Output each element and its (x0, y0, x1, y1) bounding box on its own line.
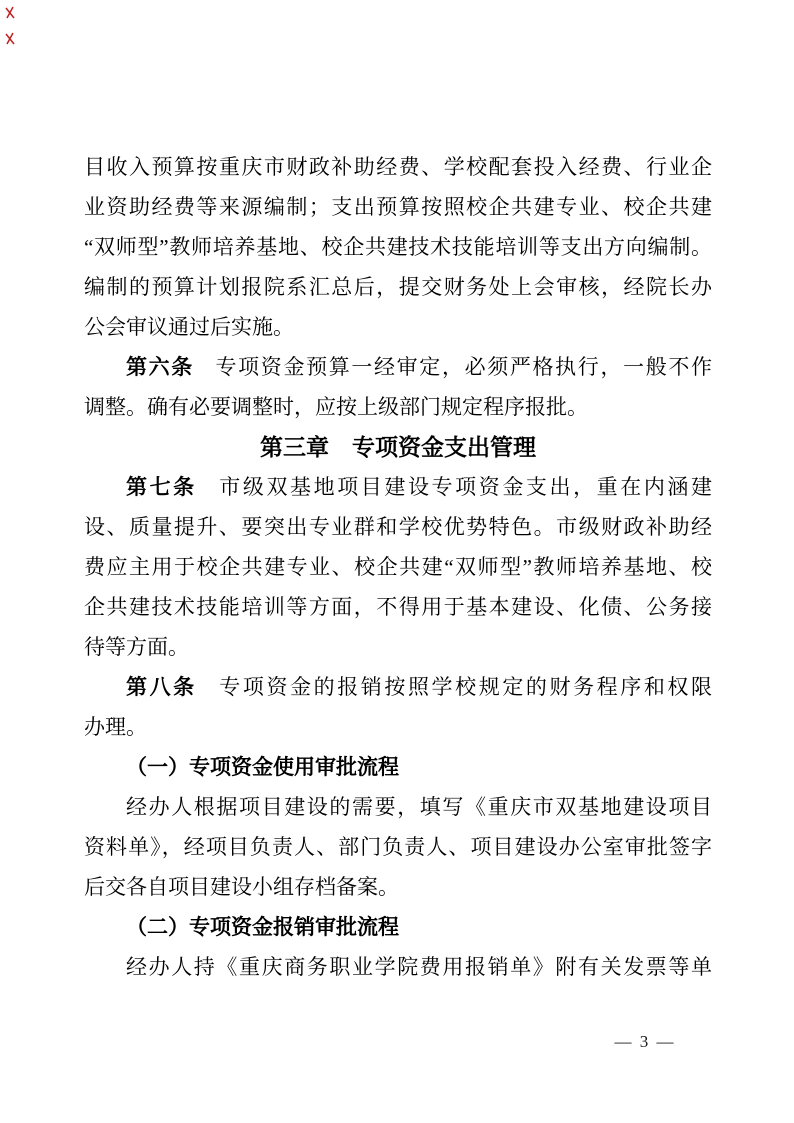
sub-heading-line: （二）专项资金报销审批流程 (84, 907, 712, 947)
text-line: 待等方面。 (84, 627, 712, 667)
text-line: 企共建技术技能培训等方面，不得用于基本建设、化债、公务接 (84, 587, 712, 627)
text-line: 第八条专项资金的报销按照学校规定的财务程序和权限 (84, 667, 712, 707)
red-pen-mark-icon (4, 5, 17, 20)
text-line: 经办人持《重庆商务职业学院费用报销单》附有关发票等单 (84, 947, 712, 987)
text-line: 经办人根据项目建设的需要，填写《重庆市双基地建设项目 (84, 787, 712, 827)
text-line: 第六条专项资金预算一经审定，必须严格执行，一般不作 (84, 347, 712, 387)
document-body: 目收入预算按重庆市财政补助经费、学校配套投入经费、行业企业资助经费等来源编制；支… (84, 147, 712, 987)
page-number: — 3 — (585, 1030, 705, 1054)
sub-heading-line: （一）专项资金使用审批流程 (84, 747, 712, 787)
text-line: 资料单》，经项目负责人、部门负责人、项目建设办公室审批签字 (84, 827, 712, 867)
text-line: 设、质量提升、要突出专业群和学校优势特色。市级财政补助经 (84, 507, 712, 547)
text-line: “双师型”教师培养基地、校企共建技术技能培训等支出方向编制。 (84, 227, 712, 267)
line-text: 专项资金的报销按照学校规定的财务程序和权限 (217, 675, 712, 699)
text-line: 编制的预算计划报院系汇总后，提交财务处上会审核，经院长办 (84, 267, 712, 307)
text-line: 第七条市级双基地项目建设专项资金支出，重在内涵建 (84, 467, 712, 507)
article-number: 第八条 (126, 675, 197, 699)
text-line: 调整。确有必要调整时，应按上级部门规定程序报批。 (84, 387, 712, 427)
text-line: 目收入预算按重庆市财政补助经费、学校配套投入经费、行业企 (84, 147, 712, 187)
chapter-heading: 第三章 专项资金支出管理 (84, 427, 712, 467)
article-number: 第六条 (126, 355, 194, 379)
text-line: 办理。 (84, 707, 712, 747)
text-line: 公会审议通过后实施。 (84, 307, 712, 347)
text-line: 后交各自项目建设小组存档备案。 (84, 867, 712, 907)
article-number: 第七条 (126, 475, 197, 499)
text-line: 费应主用于校企共建专业、校企共建“双师型”教师培养基地、校 (84, 547, 712, 587)
line-text: 专项资金预算一经审定，必须严格执行，一般不作 (214, 355, 712, 379)
red-pen-mark-icon (4, 31, 17, 46)
text-line: 业资助经费等来源编制；支出预算按照校企共建专业、校企共建 (84, 187, 712, 227)
line-text: 市级双基地项目建设专项资金支出，重在内涵建 (217, 475, 712, 499)
